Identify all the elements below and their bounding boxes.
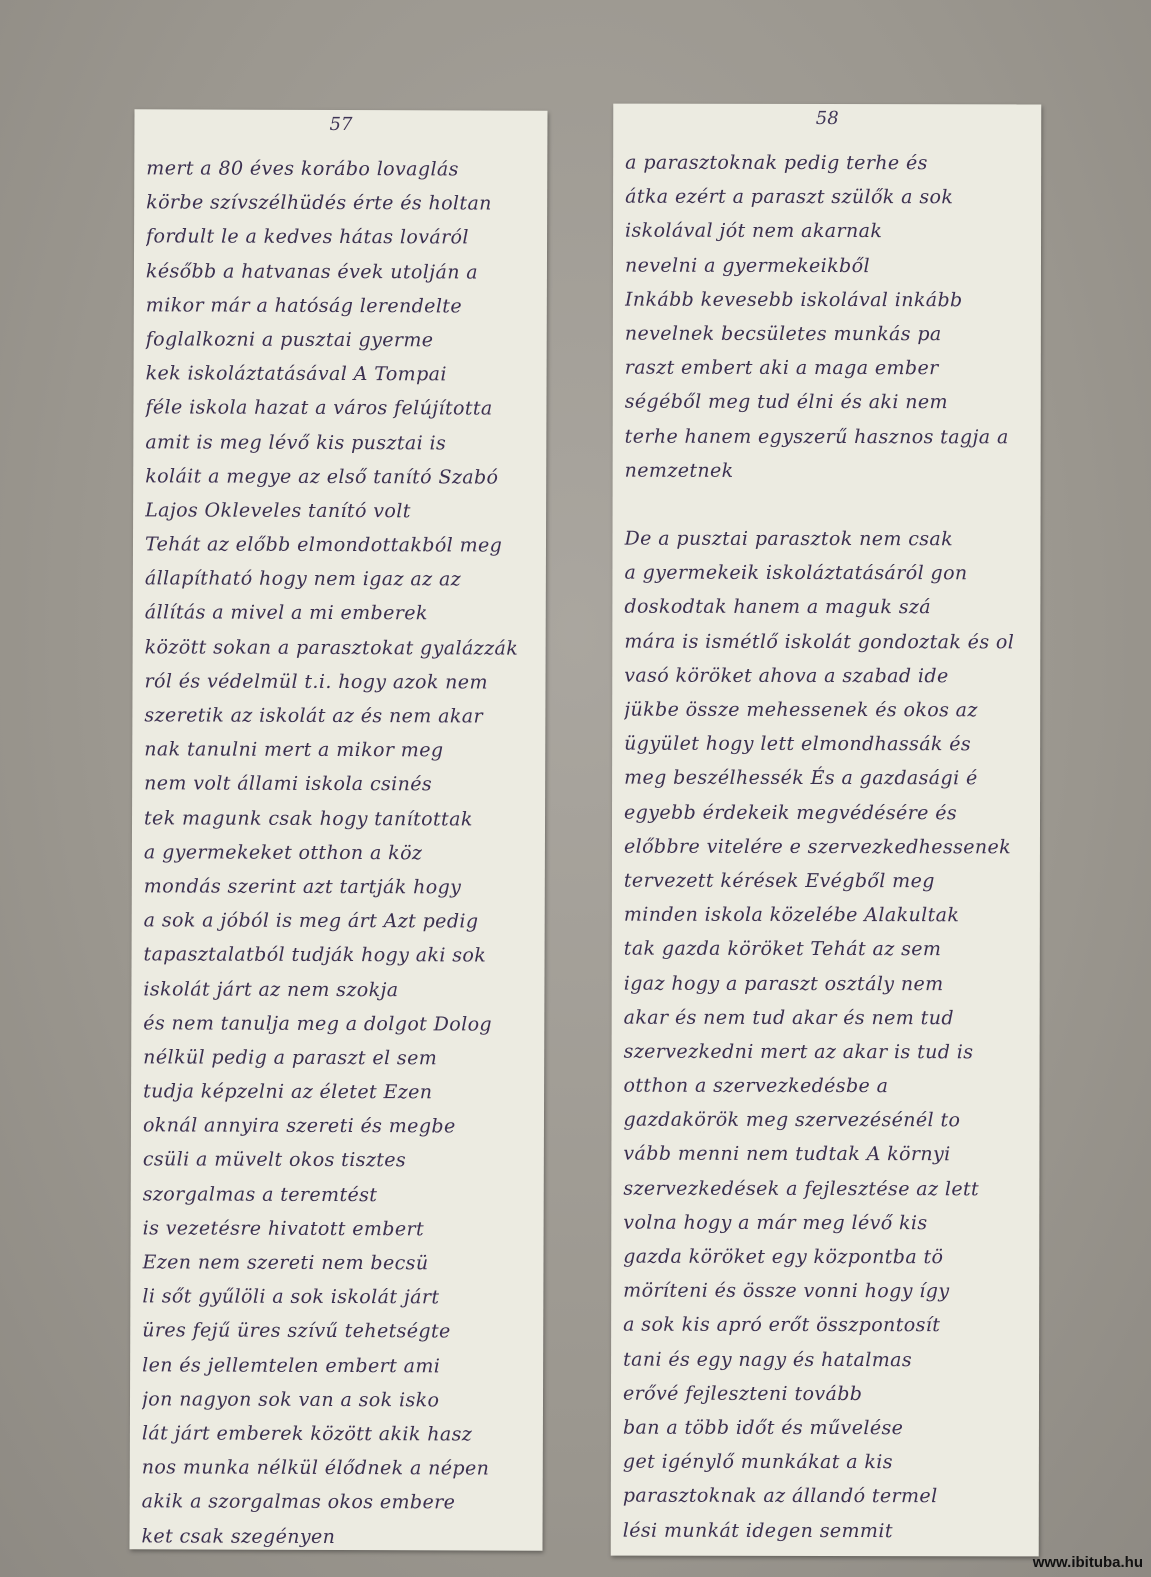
handwritten-text: a parasztoknak pedig terhe ésátka ezért … — [623, 146, 1033, 1548]
text-line: mára is ismétlő iskolát gondoztak és ol — [624, 624, 1032, 659]
text-line: szervezkedések a fejlesztése az lett — [623, 1171, 1031, 1206]
text-line: oknál annyira szereti és megbe — [143, 1109, 536, 1145]
text-line: tapasztalatból tudják hogy aki sok — [144, 938, 537, 974]
text-line: és nem tanulja meg a dolgot Dolog — [143, 1006, 536, 1042]
text-line: ügyület hogy lett elmondhassák és — [624, 727, 1032, 762]
text-line: gazda köröket egy központba tö — [623, 1240, 1031, 1275]
text-line: féle iskola hazat a város felújította — [145, 391, 538, 427]
text-line: ket csak szegényen — [141, 1519, 534, 1555]
watermark: www.ibituba.hu — [1033, 1554, 1143, 1571]
text-line: gazdakörök meg szervezésénél to — [623, 1103, 1031, 1138]
text-line: tani és egy nagy és hatalmas — [623, 1342, 1031, 1377]
text-line: len és jellemtelen embert ami — [142, 1348, 535, 1384]
text-line: a sok kis apró erőt összpontosít — [623, 1308, 1031, 1343]
text-line: jon nagyon sok van a sok isko — [142, 1382, 535, 1418]
page-number: 58 — [613, 108, 1041, 130]
text-line: a parasztoknak pedig terhe és — [625, 146, 1033, 181]
text-line: mondás szerint azt tartják hogy — [144, 869, 537, 905]
text-line: akar és nem tud akar és nem tud — [624, 1000, 1032, 1035]
text-line: igaz hogy a paraszt osztály nem — [624, 966, 1032, 1001]
text-line — [625, 488, 1033, 523]
text-line: mikor már a hatóság lerendelte — [146, 288, 539, 324]
text-line: a gyermekeket otthon a köz — [144, 835, 537, 871]
text-line: jükbe össze mehessenek és okos az — [624, 693, 1032, 728]
text-line: foglalkozni a pusztai gyerme — [146, 322, 539, 358]
text-line: parasztoknak az állandó termel — [623, 1479, 1031, 1514]
text-line: között sokan a parasztokat gyalázzák — [145, 630, 538, 666]
text-line: szeretik az iskolát az és nem akar — [144, 698, 537, 734]
text-line: is vezetésre hivatott embert — [143, 1211, 536, 1247]
text-line: ban a több időt és művelése — [623, 1411, 1031, 1446]
text-line: koláit a megye az első tanító Szabó — [145, 459, 538, 495]
text-line: akik a szorgalmas okos embere — [142, 1485, 535, 1521]
text-line: amit is meg lévő kis pusztai is — [145, 425, 538, 461]
text-line: szorgalmas a teremtést — [143, 1177, 536, 1213]
manuscript-page-58: 58 a parasztoknak pedig terhe ésátka ezé… — [611, 104, 1042, 1557]
text-line: meg beszélhessék És a gazdasági é — [624, 761, 1032, 796]
text-line: nak tanulni mert a mikor meg — [144, 733, 537, 769]
manuscript-page-57: 57 mert a 80 éves korábo lovagláskörbe s… — [129, 109, 547, 1550]
text-line: nevelnek becsületes munkás pa — [625, 317, 1033, 352]
text-line: szervezkedni mert az akar is tud is — [624, 1035, 1032, 1070]
text-line: vább menni nem tudtak A környi — [623, 1137, 1031, 1172]
text-line: Inkább kevesebb iskolával inkább — [625, 282, 1033, 317]
text-line: nélkül pedig a paraszt el sem — [143, 1040, 536, 1076]
text-line: átka ezért a paraszt szülők a sok — [625, 180, 1033, 215]
text-line: egyebb érdekeik megvédésére és — [624, 795, 1032, 830]
text-line: ségéből meg tud élni és aki nem — [625, 385, 1033, 420]
text-line: get igénylő munkákat a kis — [623, 1445, 1031, 1480]
text-line: Ezen nem szereti nem becsü — [142, 1245, 535, 1281]
text-line: előbbre vitelére e szervezkedhessenek — [624, 829, 1032, 864]
text-line: csüli a müvelt okos tisztes — [143, 1143, 536, 1179]
text-line: iskolával jót nem akarnak — [625, 214, 1033, 249]
text-line: fordult le a kedves hátas lováról — [146, 220, 539, 256]
text-line: nem volt állami iskola csinés — [144, 767, 537, 803]
text-line: a sok a jóból is meg árt Azt pedig — [144, 903, 537, 939]
text-line: ról és védelmül t.i. hogy azok nem — [144, 664, 537, 700]
text-line: nos munka nélkül élődnek a népen — [142, 1450, 535, 1486]
text-line: körbe szívszélhüdés érte és holtan — [146, 186, 539, 222]
text-line: terhe hanem egyszerű hasznos tagja a — [625, 419, 1033, 454]
text-line: állapítható hogy nem igaz az az — [145, 562, 538, 598]
text-line: volna hogy a már meg lévő kis — [623, 1205, 1031, 1240]
text-line: möríteni és össze vonni hogy így — [623, 1274, 1031, 1309]
text-line: De a pusztai parasztok nem csak — [624, 522, 1032, 557]
text-line: raszt embert aki a maga ember — [625, 351, 1033, 386]
text-line: mert a 80 éves korábo lovaglás — [146, 151, 539, 187]
text-line: tak gazda köröket Tehát az sem — [624, 932, 1032, 967]
text-line: lési munkát idegen semmit — [623, 1513, 1031, 1548]
text-line: otthon a szervezkedésbe a — [624, 1069, 1032, 1104]
text-line: lát járt emberek között akik hasz — [142, 1416, 535, 1452]
text-line: üres fejű üres szívű tehetségte — [142, 1314, 535, 1350]
text-line: tek magunk csak hogy tanítottak — [144, 801, 537, 837]
text-line: vasó köröket ahova a szabad ide — [624, 658, 1032, 693]
text-line: iskolát járt az nem szokja — [143, 972, 536, 1008]
text-line: minden iskola közelébe Alakultak — [624, 898, 1032, 933]
text-line: nemzetnek — [625, 453, 1033, 488]
text-line: állítás a mivel a mi emberek — [145, 596, 538, 632]
text-line: tudja képzelni az életet Ezen — [143, 1074, 536, 1110]
text-line: erővé fejleszteni tovább — [623, 1376, 1031, 1411]
text-line: li sőt gyűlöli a sok iskolát járt — [142, 1280, 535, 1316]
handwritten-text: mert a 80 éves korábo lovagláskörbe szív… — [141, 151, 539, 1554]
text-line: kek iskoláztatásával A Tompai — [146, 356, 539, 392]
text-line: Lajos Okleveles tanító volt — [145, 493, 538, 529]
page-number: 57 — [134, 113, 547, 135]
text-line: nevelni a gyermekeikből — [625, 248, 1033, 283]
text-line: doskodtak hanem a maguk szá — [624, 590, 1032, 625]
text-line: Tehát az előbb elmondottakból meg — [145, 527, 538, 563]
text-line: tervezett kérések Evégből meg — [624, 864, 1032, 899]
text-line: később a hatvanas évek utolján a — [146, 254, 539, 290]
text-line: a gyermekeik iskoláztatásáról gon — [624, 556, 1032, 591]
